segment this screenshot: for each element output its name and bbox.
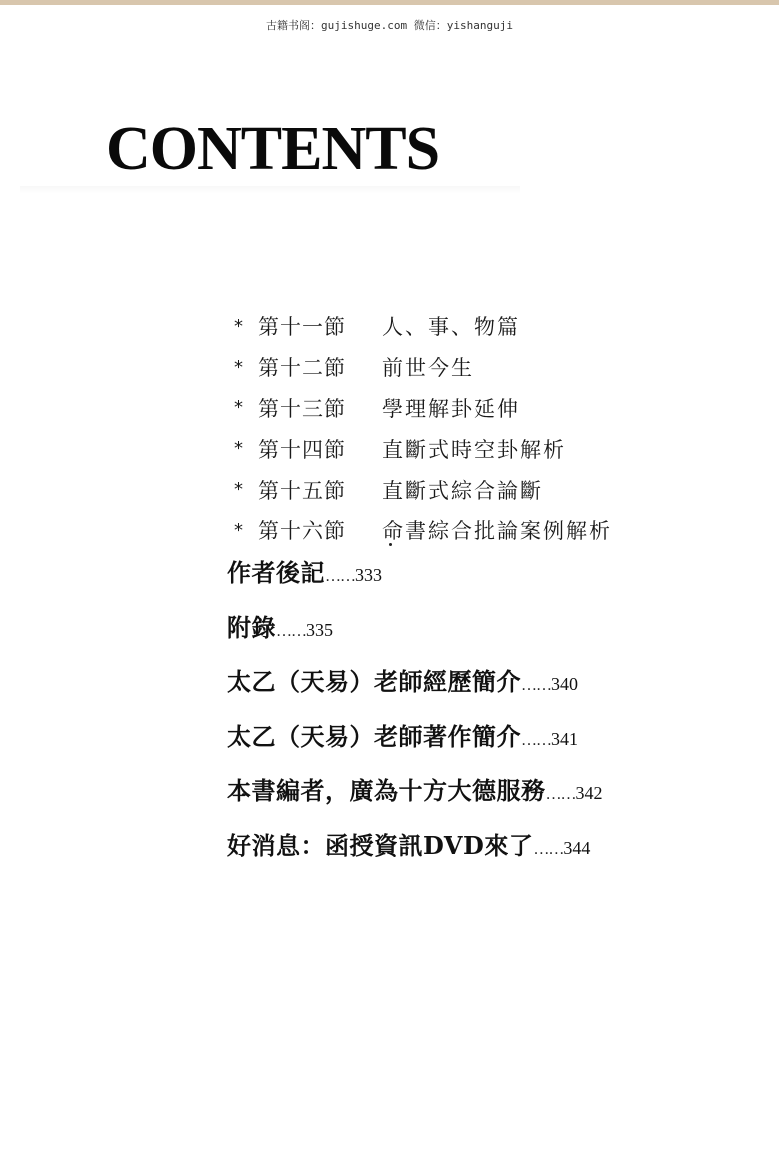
toc-entry-title: 附錄 (227, 608, 276, 643)
toc-entry[interactable]: 附錄 …… 335 (227, 608, 603, 663)
asterisk-bullet-icon: * (234, 520, 258, 541)
dot-leader: …… (521, 732, 551, 750)
section-number: 第十四節 (258, 434, 382, 464)
toc-entry[interactable]: 太乙（天易）老師經歷簡介 …… 340 (227, 662, 603, 717)
appendix-list: 作者後記 …… 333 附錄 …… 335 太乙（天易）老師經歷簡介 …… 34… (227, 553, 603, 880)
top-border (0, 0, 779, 5)
asterisk-bullet-icon: * (234, 438, 258, 459)
section-item[interactable]: * 第十二節 前世今生 (234, 347, 612, 388)
asterisk-bullet-icon: * (234, 357, 258, 378)
dot-leader: …… (533, 841, 563, 859)
dot-leader: …… (276, 623, 306, 641)
title-shadow-artifact (20, 186, 520, 194)
section-number: 第十一節 (258, 311, 382, 341)
toc-entry[interactable]: 本書編者，廣為十方大德服務 …… 342 (227, 771, 603, 826)
section-number: 第十五節 (258, 475, 382, 505)
dot-leader: …… (521, 677, 551, 695)
section-number: 第十二節 (258, 352, 382, 382)
dot-leader: …… (546, 786, 576, 804)
page-number: 340 (551, 674, 578, 695)
dot-leader: …… (325, 568, 355, 586)
asterisk-bullet-icon: * (234, 316, 258, 337)
page-number: 333 (355, 565, 382, 586)
toc-entry-title: 好消息：函授資訊DVD來了 (227, 826, 533, 861)
section-item[interactable]: * 第十五節 直斷式綜合論斷 (234, 469, 612, 510)
page-number: 335 (306, 620, 333, 641)
toc-entry-title: 太乙（天易）老師經歷簡介 (227, 662, 521, 697)
section-title: 命書綜合批論案例解析 (382, 515, 612, 545)
toc-entry-title: 太乙（天易）老師著作簡介 (227, 717, 521, 752)
section-item[interactable]: * 第十六節 命書綜合批論案例解析 (234, 510, 612, 551)
section-item[interactable]: * 第十四節 直斷式時空卦解析 (234, 428, 612, 469)
section-number: 第十六節 (258, 515, 382, 545)
section-title: 直斷式時空卦解析 (382, 434, 566, 464)
section-list: * 第十一節 人、事、物篇 * 第十二節 前世今生 * 第十三節 學理解卦延伸 … (234, 306, 612, 551)
section-title: 人、事、物篇 (382, 311, 520, 341)
asterisk-bullet-icon: * (234, 479, 258, 500)
toc-entry[interactable]: 好消息：函授資訊DVD來了 …… 344 (227, 826, 603, 881)
page-title: CONTENTS (106, 118, 439, 180)
page-number: 342 (576, 783, 603, 804)
asterisk-bullet-icon: * (234, 397, 258, 418)
watermark-text: 古籍书阁：gujishuge.com 微信：yishanguji (0, 17, 779, 33)
section-item[interactable]: * 第十一節 人、事、物篇 (234, 306, 612, 347)
section-title: 前世今生 (382, 352, 474, 382)
toc-entry[interactable]: 太乙（天易）老師著作簡介 …… 341 (227, 717, 603, 772)
page-number: 344 (563, 838, 590, 859)
section-item[interactable]: * 第十三節 學理解卦延伸 (234, 388, 612, 429)
toc-entry-title: 本書編者，廣為十方大德服務 (227, 771, 546, 806)
toc-entry-title: 作者後記 (227, 553, 325, 588)
stray-dot-artifact (389, 543, 392, 546)
section-title: 學理解卦延伸 (382, 393, 520, 423)
page-number: 341 (551, 729, 578, 750)
toc-entry[interactable]: 作者後記 …… 333 (227, 553, 603, 608)
section-title: 直斷式綜合論斷 (382, 475, 543, 505)
section-number: 第十三節 (258, 393, 382, 423)
